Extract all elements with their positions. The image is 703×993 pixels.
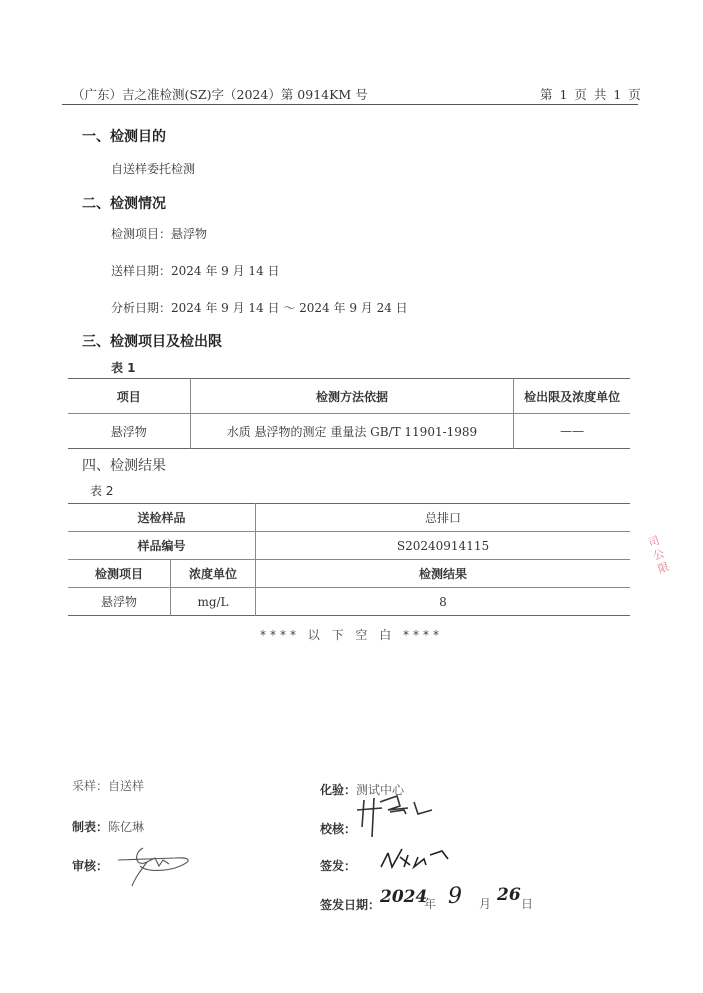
- issue-date-month-unit: 月: [479, 895, 491, 912]
- analysis-date: 分析日期：2024 年 9 月 14 日 ～ 2024 年 9 月 24 日: [111, 299, 408, 316]
- delivery-date: 送样日期：2024 年 9 月 14 日: [111, 262, 280, 279]
- col-item: 项目: [68, 379, 190, 414]
- table-header-row: 检测项目 浓度单位 检测结果: [68, 560, 630, 588]
- sample-row: 送检样品 总排口: [68, 504, 630, 532]
- prepared-value: 陈亿琳: [108, 820, 144, 834]
- issued-field: 签发：: [320, 855, 356, 874]
- test-item: 检测项目：悬浮物: [111, 225, 207, 242]
- col-method: 检测方法依据: [190, 379, 514, 414]
- sample-no-row: 样品编号 S20240914115: [68, 532, 630, 560]
- table2-label: 表 2: [90, 482, 113, 499]
- report-number: （广东）吉之准检测(SZ)字（2024）第 0914KM 号: [72, 85, 368, 103]
- section-results-title: 四、检测结果: [82, 455, 166, 475]
- reviewed-field: 审核：: [72, 855, 108, 874]
- cell-result: 8: [256, 588, 631, 616]
- table-results: 送检样品 总排口 样品编号 S20240914115 检测项目 浓度单位 检测结…: [68, 503, 630, 616]
- purpose-content: 自送样委托检测: [111, 160, 195, 177]
- lab-label: 化验：: [320, 783, 356, 797]
- cell-test-item: 悬浮物: [68, 588, 171, 616]
- reviewer-signature: [115, 838, 200, 893]
- col-test-item: 检测项目: [68, 560, 171, 588]
- reviewed-label: 审核：: [72, 859, 108, 873]
- col-unit: 浓度单位: [171, 560, 256, 588]
- cell-method: 水质 悬浮物的测定 重量法 GB/T 11901-1989: [190, 414, 514, 449]
- blank-below-note: **** 以 下 空 白 ****: [0, 626, 703, 643]
- table-row: 悬浮物 mg/L 8: [68, 588, 630, 616]
- cell-limit: ——: [514, 414, 630, 449]
- sample-no-value: S20240914115: [256, 532, 631, 560]
- checker-signature: [352, 792, 437, 842]
- sampling-field: 采样：自送样: [72, 775, 144, 794]
- sampling-value: 自送样: [108, 779, 144, 793]
- issuer-signature: [378, 845, 458, 875]
- header-divider: [62, 104, 638, 105]
- sample-no-label: 样品编号: [68, 532, 256, 560]
- checked-field: 校核：: [320, 818, 356, 837]
- col-limit: 检出限及浓度单位: [514, 379, 630, 414]
- issue-date-label: 签发日期：: [320, 898, 380, 912]
- checked-label: 校核：: [320, 822, 356, 836]
- issue-date-day-unit: 日: [521, 895, 533, 912]
- sampling-label: 采样：: [72, 779, 108, 793]
- section-items-title: 三、检测项目及检出限: [82, 331, 222, 351]
- section-situation-title: 二、检测情况: [82, 193, 166, 213]
- table-methods: 项目 检测方法依据 检出限及浓度单位 悬浮物 水质 悬浮物的测定 重量法 GB/…: [68, 378, 630, 449]
- issue-date-field: 签发日期：: [320, 894, 380, 913]
- issue-date-day: 26: [497, 885, 521, 905]
- table-header-row: 项目 检测方法依据 检出限及浓度单位: [68, 379, 630, 414]
- issue-date-year-unit: 年: [424, 895, 436, 912]
- table-row: 悬浮物 水质 悬浮物的测定 重量法 GB/T 11901-1989 ——: [68, 414, 630, 449]
- section-purpose-title: 一、检测目的: [82, 126, 166, 146]
- prepared-field: 制表：陈亿琳: [72, 816, 144, 835]
- sample-value: 总排口: [256, 504, 631, 532]
- issue-date-year: 2024: [380, 887, 427, 907]
- page-info: 第 1 页 共 1 页: [540, 85, 641, 103]
- cell-item: 悬浮物: [68, 414, 190, 449]
- sample-label: 送检样品: [68, 504, 256, 532]
- prepared-label: 制表：: [72, 820, 108, 834]
- issued-label: 签发：: [320, 859, 356, 873]
- table1-label: 表 1: [111, 359, 136, 376]
- issue-date-month: 9: [448, 884, 462, 909]
- cell-unit: mg/L: [171, 588, 256, 616]
- col-result: 检测结果: [256, 560, 631, 588]
